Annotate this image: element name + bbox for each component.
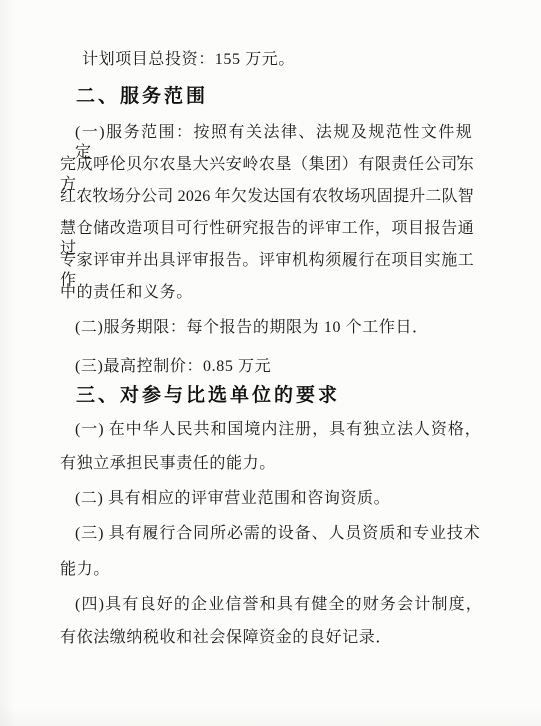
heading-bidder-requirements: 三、对参与比选单位的要求 bbox=[76, 385, 340, 407]
line-requirement-2: (二) 具有相应的评审营业范围和咨询资质。 bbox=[75, 489, 390, 509]
line-requirement-1a: (一) 在中华人民共和国境内注册，具有独立法人资格， bbox=[75, 420, 481, 440]
line-requirement-4b: 有依法缴纳税收和社会保障资金的良好记录． bbox=[60, 628, 392, 648]
heading-service-scope: 二、服务范围 bbox=[76, 86, 208, 108]
line-requirement-1b: 有独立承担民事责任的能力。 bbox=[60, 454, 276, 474]
line-requirement-3b: 能力。 bbox=[60, 560, 110, 580]
line-total-investment: 计划项目总投资：155 万元。 bbox=[82, 50, 295, 70]
document-page: 计划项目总投资：155 万元。 二、服务范围 (一)服务范围：按照有关法律、法规… bbox=[0, 0, 541, 726]
line-service-period: (二)服务期限：每个报告的期限为 10 个工作日． bbox=[75, 318, 429, 338]
line-service-scope-3: 红农牧场分公司 2026 年欠发达国有农牧场巩固提升二队智 bbox=[60, 187, 474, 207]
line-requirement-4a: (四)具有良好的企业信誉和具有健全的财务会计制度， bbox=[75, 595, 482, 615]
line-service-scope-6: 中的责任和义务。 bbox=[60, 283, 193, 303]
line-requirement-3a: (三) 具有履行合同所必需的设备、人员资质和专业技术 bbox=[75, 524, 480, 544]
line-max-control-price: (三)最高控制价：0.85 万元 bbox=[75, 357, 271, 377]
